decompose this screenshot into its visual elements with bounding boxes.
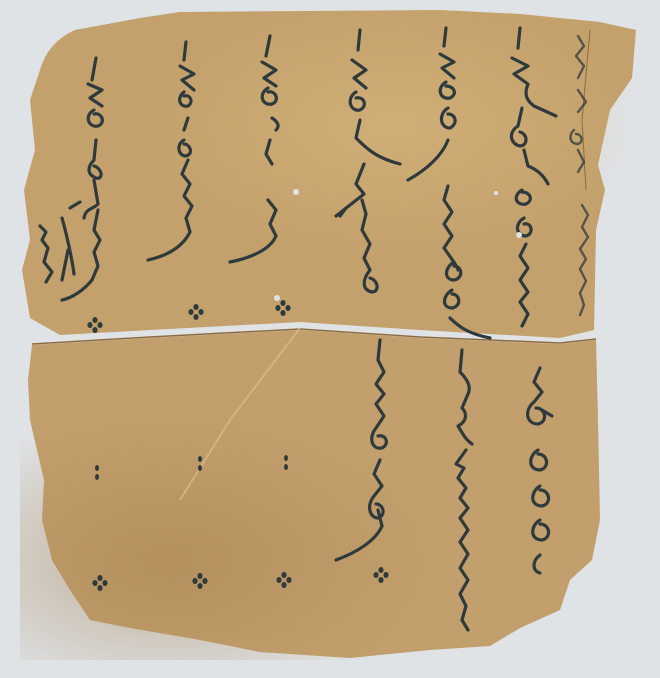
manuscript-photo	[0, 0, 660, 678]
light-patch	[20, 10, 640, 340]
paper-lower-fragment	[20, 330, 620, 660]
